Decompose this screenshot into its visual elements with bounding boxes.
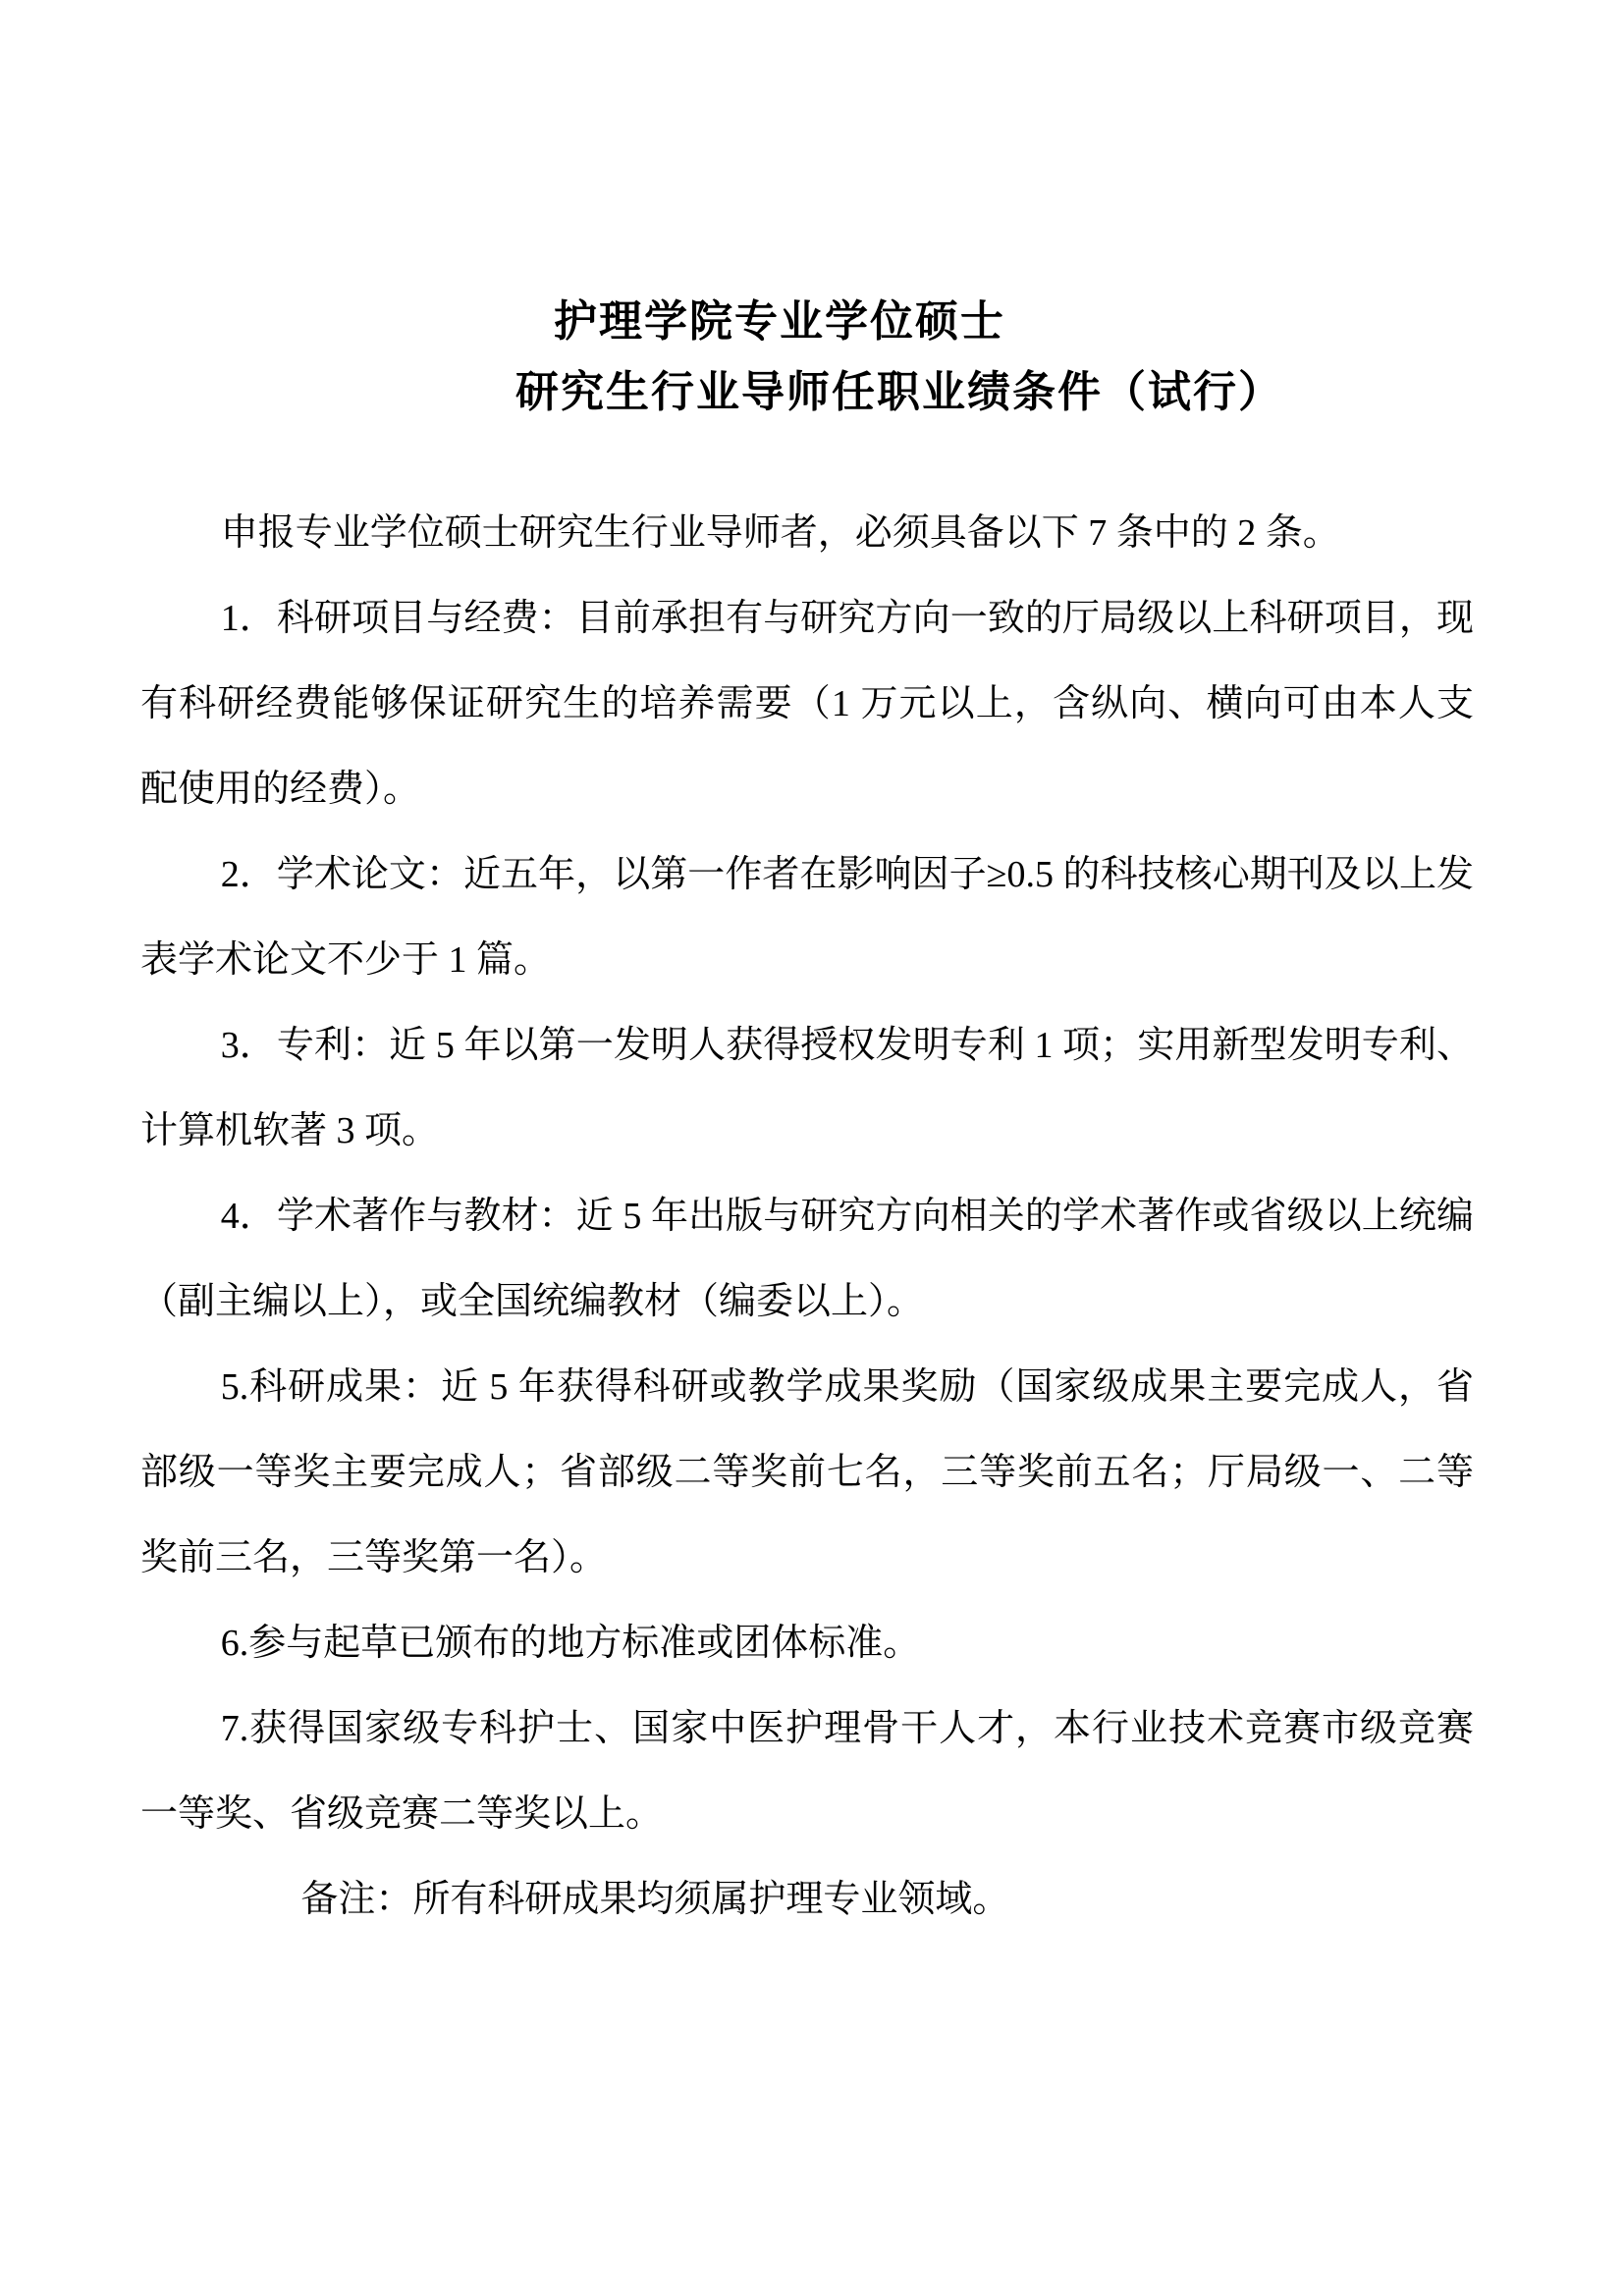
document-body: 申报专业学位硕士研究生行业导师者，必须具备以下 7 条中的 2 条。 1．科研项… [140,491,1474,1943]
list-item-7: 7.获得国家级专科护士、国家中医护理骨干人才，本行业技术竞赛市级竞赛一等奖、省级… [140,1686,1474,1857]
list-item-6: 6.参与起草已颁布的地方标准或团体标准。 [140,1601,1474,1686]
list-item-4: 4．学术著作与教材：近 5 年出版与研究方向相关的学术著作或省级以上统编（副主编… [140,1174,1474,1345]
document-content: 护理学院专业学位硕士 研究生行业导师任职业绩条件（试行） 申报专业学位硕士研究生… [140,287,1474,1943]
note-paragraph: 备注：所有科研成果均须属护理专业领域。 [140,1857,1474,1943]
list-item-1: 1．科研项目与经费：目前承担有与研究方向一致的厅局级以上科研项目，现有科研经费能… [140,576,1474,832]
intro-paragraph: 申报专业学位硕士研究生行业导师者，必须具备以下 7 条中的 2 条。 [140,491,1474,576]
title-line-1: 护理学院专业学位硕士 [113,287,1446,357]
list-item-5: 5.科研成果：近 5 年获得科研或教学成果奖励（国家级成果主要完成人，省部级一等… [140,1345,1474,1601]
list-item-2: 2．学术论文：近五年，以第一作者在影响因子≥0.5 的科技核心期刊及以上发表学术… [140,832,1474,1003]
list-item-3: 3．专利：近 5 年以第一发明人获得授权发明专利 1 项；实用新型发明专利、计算… [140,1003,1474,1174]
title-line-2: 研究生行业导师任职业绩条件（试行） [233,357,1566,428]
document-title: 护理学院专业学位硕士 研究生行业导师任职业绩条件（试行） [140,287,1474,428]
document-page: 护理学院专业学位硕士 研究生行业导师任职业绩条件（试行） 申报专业学位硕士研究生… [0,0,1624,2296]
